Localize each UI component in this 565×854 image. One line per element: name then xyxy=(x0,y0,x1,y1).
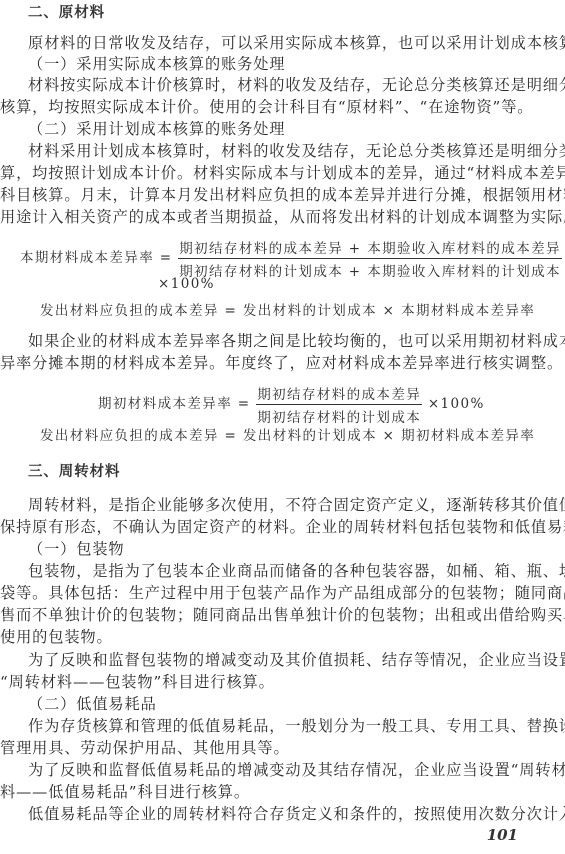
subsection-title-planned-cost: （二）采用计划成本核算的账务处理 xyxy=(28,119,565,139)
paragraph-line: 作为存货核算和管理的低值易耗品，一般划分为一般工具、专用工具、替换设备、 xyxy=(28,716,565,736)
paragraph-line: 周转材料，是指企业能够多次使用，不符合固定资产定义，逐渐转移其价值但仍 xyxy=(28,495,565,515)
paragraph-line: 如果企业的材料成本差异率各期之间是比较均衡的，也可以采用期初材料成本差 xyxy=(28,331,565,351)
formula-issued-variance: 发出材料应负担的成本差异 = 发出材料的计划成本 × 本期材料成本差异率 xyxy=(40,299,535,319)
paragraph-line: 异率分摊本期的材料成本差异。年度终了，应对材料成本差异率进行核实调整。 xyxy=(0,353,565,373)
paragraph-line: 用途计入相关资产的成本或者当期损益，从而将发出材料的计划成本调整为实际成本。 xyxy=(0,207,565,227)
formula-multiplier: ×100% xyxy=(158,276,215,292)
page-number: 101 xyxy=(487,826,518,844)
paragraph-line: 材料采用计划成本核算时，材料的收发及结存，无论总分类核算还是明细分类核 xyxy=(28,141,565,161)
subsection-title-packaging: （一）包装物 xyxy=(28,539,565,559)
paragraph-line: 算，均按照计划成本计价。材料实际成本与计划成本的差异，通过“材料成本差异” xyxy=(0,163,565,183)
paragraph-line: 售而不单独计价的包装物；随同商品出售单独计价的包装物；出租或出借给购买单位 xyxy=(0,605,565,625)
formula-numerator: 期初结存材料的成本差异 + 本期验收入库材料的成本差异 xyxy=(178,237,562,259)
subsection-title-low-value-consumables: （二）低值易耗品 xyxy=(28,694,565,714)
section-heading-revolving-materials: 三、周转材料 xyxy=(28,462,565,482)
section-heading-raw-materials: 二、原材料 xyxy=(28,3,565,23)
paragraph-line: 科目核算。月末，计算本月发出材料应负担的成本差异并进行分摊，根据领用材料的 xyxy=(0,185,565,205)
paragraph-line: 核算，均按照实际成本计价。使用的会计科目有“原材料”、“在途物资”等。 xyxy=(0,97,565,117)
paragraph-line: 袋等。具体包括：生产过程中用于包装产品作为产品组成部分的包装物；随同商品出 xyxy=(0,583,565,603)
formula-fraction: 期初结存材料的成本差异 + 本期验收入库材料的成本差异 期初结存材料的计划成本 … xyxy=(178,237,562,280)
paragraph-line: 保持原有形态，不确认为固定资产的材料。企业的周转材料包括包装物和低值易耗品。 xyxy=(0,517,565,537)
formula-current-variance-rate: 本期材料成本差异率 = 期初结存材料的成本差异 + 本期验收入库材料的成本差异 … xyxy=(20,237,562,280)
paragraph-line: 包装物，是指为了包装本企业商品而储备的各种包装容器，如桶、箱、瓶、坛、 xyxy=(28,561,565,581)
formula-numerator: 期初结存材料的成本差异 xyxy=(256,383,422,405)
paragraph-line: 管理用具、劳动保护用品、其他用具等。 xyxy=(0,738,565,758)
formula-fraction: 期初结存材料的成本差异 期初结存材料的计划成本 xyxy=(256,383,422,426)
formula-lhs: 本期材料成本差异率 = xyxy=(20,250,173,266)
formula-issued-variance-opening: 发出材料应负担的成本差异 = 发出材料的计划成本 × 期初材料成本差异率 xyxy=(40,424,535,444)
paragraph-line: 为了反映和监督低值易耗品的增减变动及其结存情况，企业应当设置“周转材 xyxy=(28,760,565,780)
paragraph-line: 料——低值易耗品”科目进行核算。 xyxy=(0,782,565,802)
paragraph-line: 原材料的日常收发及结存，可以采用实际成本核算，也可以采用计划成本核算。 xyxy=(28,33,565,53)
formula-denominator: 期初结存材料的计划成本 xyxy=(256,405,422,426)
formula-denominator: 期初结存材料的计划成本 + 本期验收入库材料的计划成本 xyxy=(178,259,562,280)
paragraph-line: “周转材料——包装物”科目进行核算。 xyxy=(0,672,565,692)
formula-opening-variance-rate: 期初材料成本差异率 = 期初结存材料的成本差异 期初结存材料的计划成本 ×100… xyxy=(98,383,485,426)
formula-lhs: 期初材料成本差异率 = xyxy=(98,396,251,412)
paragraph-line: 为了反映和监督包装物的增减变动及其价值损耗、结存等情况，企业应当设置 xyxy=(28,650,565,670)
formula-multiplier: ×100% xyxy=(428,396,485,412)
paragraph-line: 材料按实际成本计价核算时，材料的收发及结存，无论总分类核算还是明细分类 xyxy=(28,75,565,95)
subsection-title-actual-cost: （一）采用实际成本核算的账务处理 xyxy=(28,54,565,74)
paragraph-line: 低值易耗品等企业的周转材料符合存货定义和条件的，按照使用次数分次计入成 xyxy=(28,804,565,824)
paragraph-line: 使用的包装物。 xyxy=(0,627,565,647)
